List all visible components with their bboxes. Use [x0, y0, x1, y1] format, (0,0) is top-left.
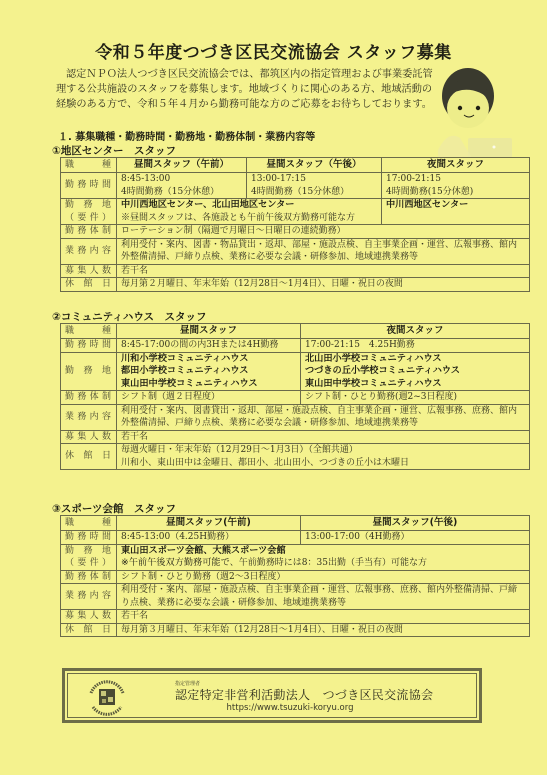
label-closed: 休 館 日 — [61, 623, 117, 637]
label-hours: 勤務時間 — [61, 339, 117, 353]
table-row: 募集人数 若干名 — [61, 264, 530, 278]
table-row: 職 種 昼間スタッフ 夜間スタッフ — [61, 324, 530, 339]
table-row: 勤務時間 8:45-13:00（4.25H勤務） 13:00-17:00（4H勤… — [61, 531, 530, 545]
table-row: 勤 務 地（要件） 東山田スポーツ会館、大熊スポーツ会館 ※午前午後双方勤務可能… — [61, 544, 530, 570]
section-heading: １. 募集職種・勤務時間・勤務地・勤務体制・業務内容等 — [58, 128, 315, 143]
hours-cell: 8:45-17:00の間の内3Hまたは4H勤務 — [117, 339, 301, 353]
table-row: 勤 務 地 川和小学校コミュニティハウス 都田小学校コミュニティハウス 東山田中… — [61, 352, 530, 391]
label-location-text: 勤 務 地 — [65, 545, 112, 558]
label-count: 募集人数 — [61, 610, 117, 624]
hours-cell: 8:45-13:004時間勤務（15分休憩） — [117, 173, 247, 199]
location-note: ※昼間スタッフは、各施設とも午前午後双方勤務可能な方 — [121, 212, 377, 225]
table-row: 休 館 日 毎月第２月曜日、年末年始（12月28日～1月4日）、日曜・祝日の夜間 — [61, 278, 530, 292]
location-cell: 川和小学校コミュニティハウス 都田小学校コミュニティハウス 東山田中学校コミュニ… — [117, 352, 301, 391]
time: 17:00-21:15 — [386, 173, 525, 186]
label-location: 勤 務 地（要件） — [61, 544, 117, 570]
label-system: 勤務体制 — [61, 225, 117, 239]
location-cell: 東山田スポーツ会館、大熊スポーツ会館 ※午前午後双方勤務可能で、午前勤務時には8… — [117, 544, 530, 570]
note: 4時間勤務（15分休憩） — [121, 186, 242, 199]
label-job-type: 職 種 — [61, 324, 117, 339]
location-note: 、午前勤務時には8：35出勤（手当有）可能な方 — [230, 558, 427, 568]
location-item: 川和小学校コミュニティハウス — [121, 353, 296, 366]
count-cell: 若干名 — [117, 610, 530, 624]
label-system: 勤務体制 — [61, 391, 117, 405]
table-row: 勤 務 地（要件） 中川西地区センター、北山田地区センター※昼間スタッフは、各施… — [61, 199, 530, 225]
closed-cell: 毎月第３月曜日、年末年始（12月28日～1月4日）、日曜・祝日の夜間 — [117, 623, 530, 637]
hours-cell: 17:00-21:154時間勤務(15分休憩) — [382, 173, 530, 199]
label-location: 勤 務 地（要件） — [61, 199, 117, 225]
staff-illustration-icon — [432, 68, 528, 160]
column-header: 昼間スタッフ（午後） — [247, 158, 382, 173]
community-house-heading: ②コミュニティハウス スタッフ — [52, 309, 207, 324]
table-row: 勤務時間 8:45-13:004時間勤務（15分休憩） 13:00-17:154… — [61, 173, 530, 199]
district-center-table: 職 種 昼間スタッフ（午前） 昼間スタッフ（午後） 夜間スタッフ 勤務時間 8:… — [60, 157, 530, 292]
page-title: 令和５年度つづき区民交流協会 スタッフ募集 — [0, 38, 547, 63]
table-row: 勤務体制 ローテーション制（隔週で月曜日～日曜日の連続勤務） — [61, 225, 530, 239]
label-job-type: 職 種 — [61, 158, 117, 173]
system-cell: ローテーション制（隔週で月曜日～日曜日の連続勤務） — [117, 225, 530, 239]
count-cell: 若干名 — [117, 430, 530, 444]
system-cell: シフト制（週２日程度） — [117, 391, 301, 405]
note: 4時間勤務(15分休憩) — [386, 186, 525, 199]
label-duties: 業務内容 — [61, 584, 117, 610]
system-cell: シフト制・ひとり勤務(週2~3日程度) — [301, 391, 530, 405]
intro-paragraph: 認定ＮＰＯ法人つづき区民交流協会では、都筑区内の指定管理および事業委託管理する公… — [56, 67, 436, 112]
duties-cell: 利用受付・案内、部屋・施設点検、自主事業企画・運営、広報事務、庶務、館内外整備清… — [117, 584, 530, 610]
sports-hall-heading: ③スポーツ会館 スタッフ — [52, 501, 176, 516]
table-row: 休 館 日 毎月第３月曜日、年末年始（12月28日～1月4日）、日曜・祝日の夜間 — [61, 623, 530, 637]
column-header: 昼間スタッフ(午前) — [117, 516, 301, 531]
duties-cell: 利用受付・案内、図書・物品貸出・返却、部屋・施設点検、自主事業企画・運営、広報事… — [117, 238, 530, 264]
label-system: 勤務体制 — [61, 570, 117, 584]
closed-cell: 毎週火曜日・年末年始（12月29日～1月3日）（全館共通） 川和小、東山田中は金… — [117, 444, 530, 470]
note: 4時間勤務（15分休憩） — [251, 186, 377, 199]
hours-cell: 8:45-13:00（4.25H勤務） — [117, 531, 301, 545]
column-header: 昼間スタッフ（午前） — [117, 158, 247, 173]
table-row: 募集人数 若干名 — [61, 430, 530, 444]
label-count: 募集人数 — [61, 430, 117, 444]
location-cell: 中川西地区センター、北山田地区センター※昼間スタッフは、各施設とも午前午後双方勤… — [117, 199, 382, 225]
label-job-type: 職 種 — [61, 516, 117, 531]
label-location: 勤 務 地 — [61, 352, 117, 391]
column-header: 昼間スタッフ — [117, 324, 301, 339]
location-item: 東山田スポーツ会館、大熊スポーツ会館 — [121, 545, 525, 558]
label-requirement-text: （要件） — [65, 557, 112, 570]
location-item: 都田小学校コミュニティハウス — [121, 365, 296, 378]
closed-line: 毎週火曜日・年末年始（12月29日～1月3日）（全館共通） — [121, 444, 525, 457]
closed-line: 川和小、東山田中は金曜日、都田小、北山田小、つづきの丘小は木曜日 — [121, 457, 525, 470]
location-cell: 中川西地区センター — [382, 199, 530, 225]
location-item: つづきの丘小学校コミュニティハウス — [305, 365, 525, 378]
hours-cell: 13:00-17:154時間勤務（15分休憩） — [247, 173, 382, 199]
table-row: 休 館 日 毎週火曜日・年末年始（12月29日～1月3日）（全館共通） 川和小、… — [61, 444, 530, 470]
organization-url-link[interactable]: https://www.tsuzuki-koryu.org — [65, 703, 479, 713]
label-closed: 休 館 日 — [61, 444, 117, 470]
footer-organization-box: 指定管理者 認定特定非営利活動法人 つづき区民交流協会 https://www.… — [62, 668, 482, 723]
location-note-emphasis: ※午前午後双方勤務可能で — [121, 557, 230, 568]
table-row: 募集人数 若干名 — [61, 610, 530, 624]
label-hours: 勤務時間 — [61, 531, 117, 545]
location-night: 中川西地区センター — [386, 199, 525, 212]
duties-cell: 利用受付・案内、図書貸出・返却、部屋・施設点検、自主事業企画・運営、広報事務、庶… — [117, 404, 530, 430]
time: 8:45-13:00 — [121, 173, 242, 186]
hours-cell: 13:00-17:00（4H勤務） — [301, 531, 530, 545]
hours-cell: 17:00-21:15 4.25H勤務 — [301, 339, 530, 353]
organization-name: 認定特定非営利活動法人 つづき区民交流協会 — [175, 686, 433, 703]
label-duties: 業務内容 — [61, 238, 117, 264]
table-row: 勤務体制 シフト制・ひとり勤務（週2～3日程度） — [61, 570, 530, 584]
location-item: 北山田小学校コミュニティハウス — [305, 353, 525, 366]
table-row: 業務内容 利用受付・案内、図書貸出・返却、部屋・施設点検、自主事業企画・運営、広… — [61, 404, 530, 430]
table-row: 職 種 昼間スタッフ(午前) 昼間スタッフ(午後) — [61, 516, 530, 531]
column-header: 昼間スタッフ(午後) — [301, 516, 530, 531]
label-requirement-text: （要件） — [65, 212, 112, 225]
time: 13:00-17:15 — [251, 173, 377, 186]
intro-text: 認定ＮＰＯ法人つづき区民交流協会では、都筑区内の指定管理および事業委託管理する公… — [56, 67, 436, 112]
label-count: 募集人数 — [61, 264, 117, 278]
table-row: 業務内容 利用受付・案内、部屋・施設点検、自主事業企画・運営、広報事務、庶務、館… — [61, 584, 530, 610]
table-row: 勤務時間 8:45-17:00の間の内3Hまたは4H勤務 17:00-21:15… — [61, 339, 530, 353]
system-cell: シフト制・ひとり勤務（週2～3日程度） — [117, 570, 530, 584]
sports-hall-table: 職 種 昼間スタッフ(午前) 昼間スタッフ(午後) 勤務時間 8:45-13:0… — [60, 515, 530, 637]
location-item: 東山田中学校コミュニティハウス — [305, 378, 525, 391]
location-cell: 北山田小学校コミュニティハウス つづきの丘小学校コミュニティハウス 東山田中学校… — [301, 352, 530, 391]
label-hours: 勤務時間 — [61, 173, 117, 199]
column-header: 夜間スタッフ — [382, 158, 530, 173]
community-house-table: 職 種 昼間スタッフ 夜間スタッフ 勤務時間 8:45-17:00の間の内3Hま… — [60, 323, 530, 470]
table-row: 業務内容 利用受付・案内、図書・物品貸出・返却、部屋・施設点検、自主事業企画・運… — [61, 238, 530, 264]
table-row: 勤務体制 シフト制（週２日程度） シフト制・ひとり勤務(週2~3日程度) — [61, 391, 530, 405]
location-day: 中川西地区センター、北山田地区センター — [121, 199, 377, 212]
count-cell: 若干名 — [117, 264, 530, 278]
label-location-text: 勤 務 地 — [65, 199, 112, 212]
location-item: 東山田中学校コミュニティハウス — [121, 378, 296, 391]
closed-cell: 毎月第２月曜日、年末年始（12月28日～1月4日）、日曜・祝日の夜間 — [117, 278, 530, 292]
label-duties: 業務内容 — [61, 404, 117, 430]
table-row: 職 種 昼間スタッフ（午前） 昼間スタッフ（午後） 夜間スタッフ — [61, 158, 530, 173]
district-center-heading: ①地区センター スタッフ — [52, 143, 176, 158]
label-closed: 休 館 日 — [61, 278, 117, 292]
column-header: 夜間スタッフ — [301, 324, 530, 339]
